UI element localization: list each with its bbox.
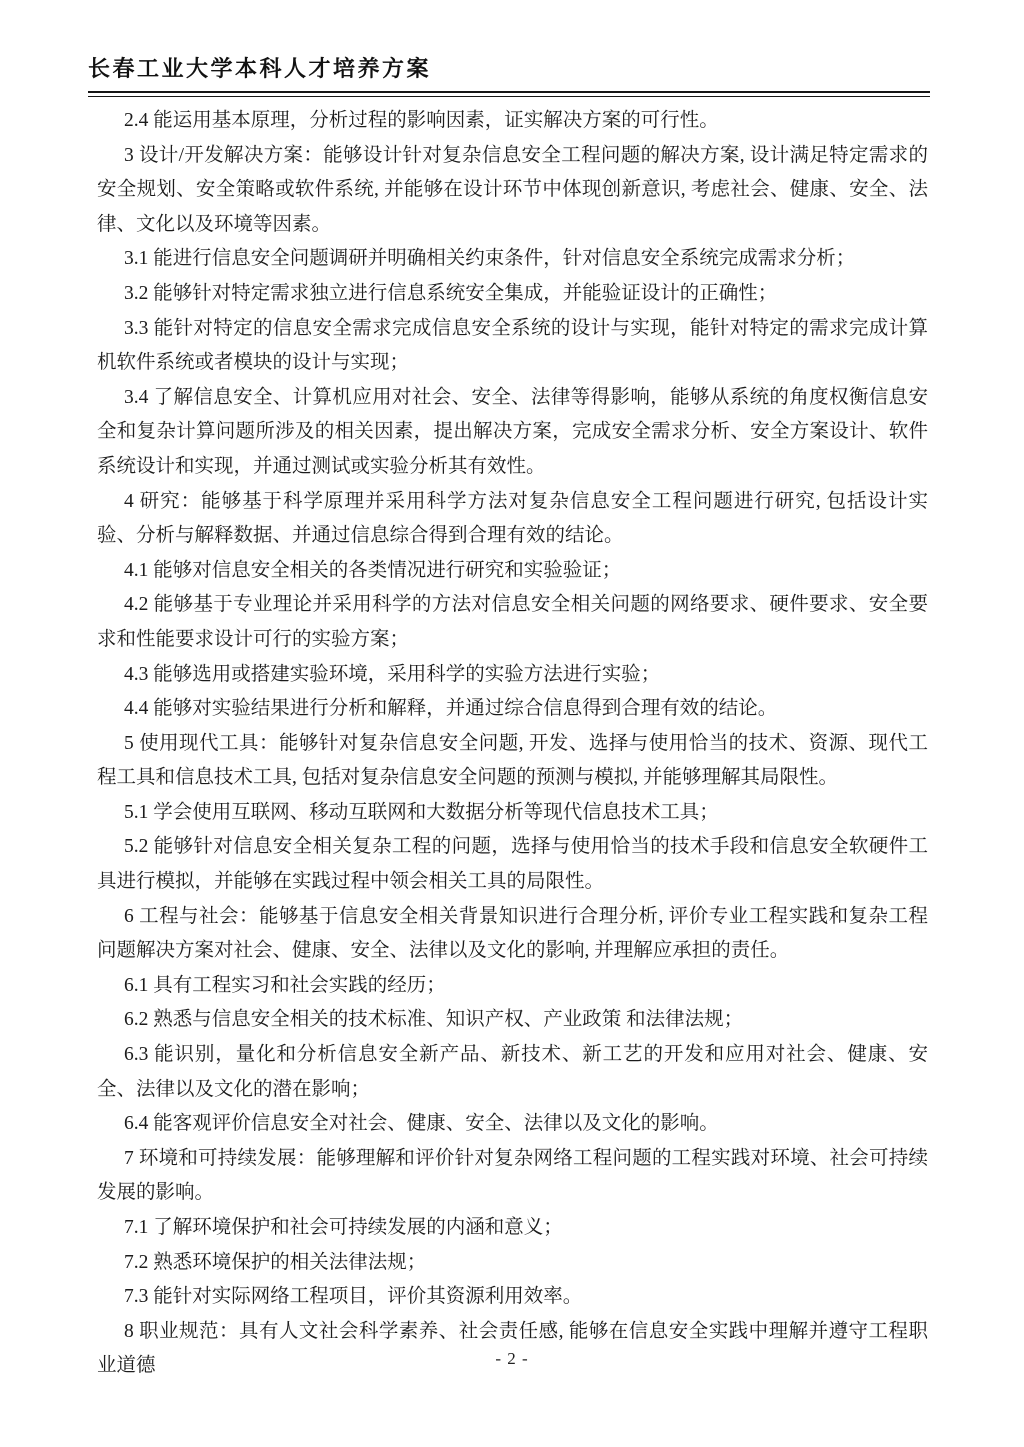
- document-page: 长春工业大学本科人才培养方案 2.4 能运用基本原理，分析过程的影响因素，证实解…: [0, 0, 1024, 1447]
- header-title: 长春工业大学本科人才培养方案: [88, 54, 930, 84]
- paragraph-6-1: 6.1 具有工程实习和社会实践的经历；: [97, 969, 928, 1004]
- paragraph-6: 6 工程与社会：能够基于信息安全相关背景知识进行合理分析, 评价专业工程实践和复…: [97, 900, 928, 969]
- paragraph-7-2: 7.2 熟悉环境保护的相关法律法规；: [97, 1246, 928, 1281]
- paragraph-4-2: 4.2 能够基于专业理论并采用科学的方法对信息安全相关问题的网络要求、硬件要求、…: [97, 588, 928, 657]
- paragraph-3-1: 3.1 能进行信息安全问题调研并明确相关约束条件，针对信息安全系统完成需求分析；: [97, 242, 928, 277]
- paragraph-7-3: 7.3 能针对实际网络工程项目，评价其资源利用效率。: [97, 1280, 928, 1315]
- document-body: 2.4 能运用基本原理，分析过程的影响因素，证实解决方案的可行性。 3 设计/开…: [0, 97, 1024, 1384]
- paragraph-2-4: 2.4 能运用基本原理，分析过程的影响因素，证实解决方案的可行性。: [97, 104, 928, 139]
- page-header: 长春工业大学本科人才培养方案: [0, 0, 1024, 97]
- paragraph-6-4: 6.4 能客观评价信息安全对社会、健康、安全、法律以及文化的影响。: [97, 1107, 928, 1142]
- paragraph-3-4: 3.4 了解信息安全、计算机应用对社会、安全、法律等得影响，能够从系统的角度权衡…: [97, 381, 928, 485]
- paragraph-4-4: 4.4 能够对实验结果进行分析和解释，并通过综合信息得到合理有效的结论。: [97, 692, 928, 727]
- page-footer: - 2 -: [0, 1349, 1024, 1369]
- paragraph-5-2: 5.2 能够针对信息安全相关复杂工程的问题，选择与使用恰当的技术手段和信息安全软…: [97, 830, 928, 899]
- paragraph-5: 5 使用现代工具：能够针对复杂信息安全问题, 开发、选择与使用恰当的技术、资源、…: [97, 727, 928, 796]
- paragraph-6-3: 6.3 能识别，量化和分析信息安全新产品、新技术、新工艺的开发和应用对社会、健康…: [97, 1038, 928, 1107]
- paragraph-4-3: 4.3 能够选用或搭建实验环境，采用科学的实验方法进行实验；: [97, 658, 928, 693]
- paragraph-3-2: 3.2 能够针对特定需求独立进行信息系统安全集成，并能验证设计的正确性；: [97, 277, 928, 312]
- paragraph-7-1: 7.1 了解环境保护和社会可持续发展的内涵和意义；: [97, 1211, 928, 1246]
- paragraph-3-3: 3.3 能针对特定的信息安全需求完成信息安全系统的设计与实现，能针对特定的需求完…: [97, 312, 928, 381]
- paragraph-6-2: 6.2 熟悉与信息安全相关的技术标准、知识产权、产业政策 和法律法规；: [97, 1003, 928, 1038]
- paragraph-3: 3 设计/开发解决方案：能够设计针对复杂信息安全工程问题的解决方案, 设计满足特…: [97, 139, 928, 243]
- paragraph-4: 4 研究：能够基于科学原理并采用科学方法对复杂信息安全工程问题进行研究, 包括设…: [97, 485, 928, 554]
- paragraph-5-1: 5.1 学会使用互联网、移动互联网和大数据分析等现代信息技术工具；: [97, 796, 928, 831]
- paragraph-4-1: 4.1 能够对信息安全相关的各类情况进行研究和实验验证；: [97, 554, 928, 589]
- page-number: - 2 -: [495, 1349, 528, 1368]
- paragraph-7: 7 环境和可持续发展：能够理解和评价针对复杂网络工程问题的工程实践对环境、社会可…: [97, 1142, 928, 1211]
